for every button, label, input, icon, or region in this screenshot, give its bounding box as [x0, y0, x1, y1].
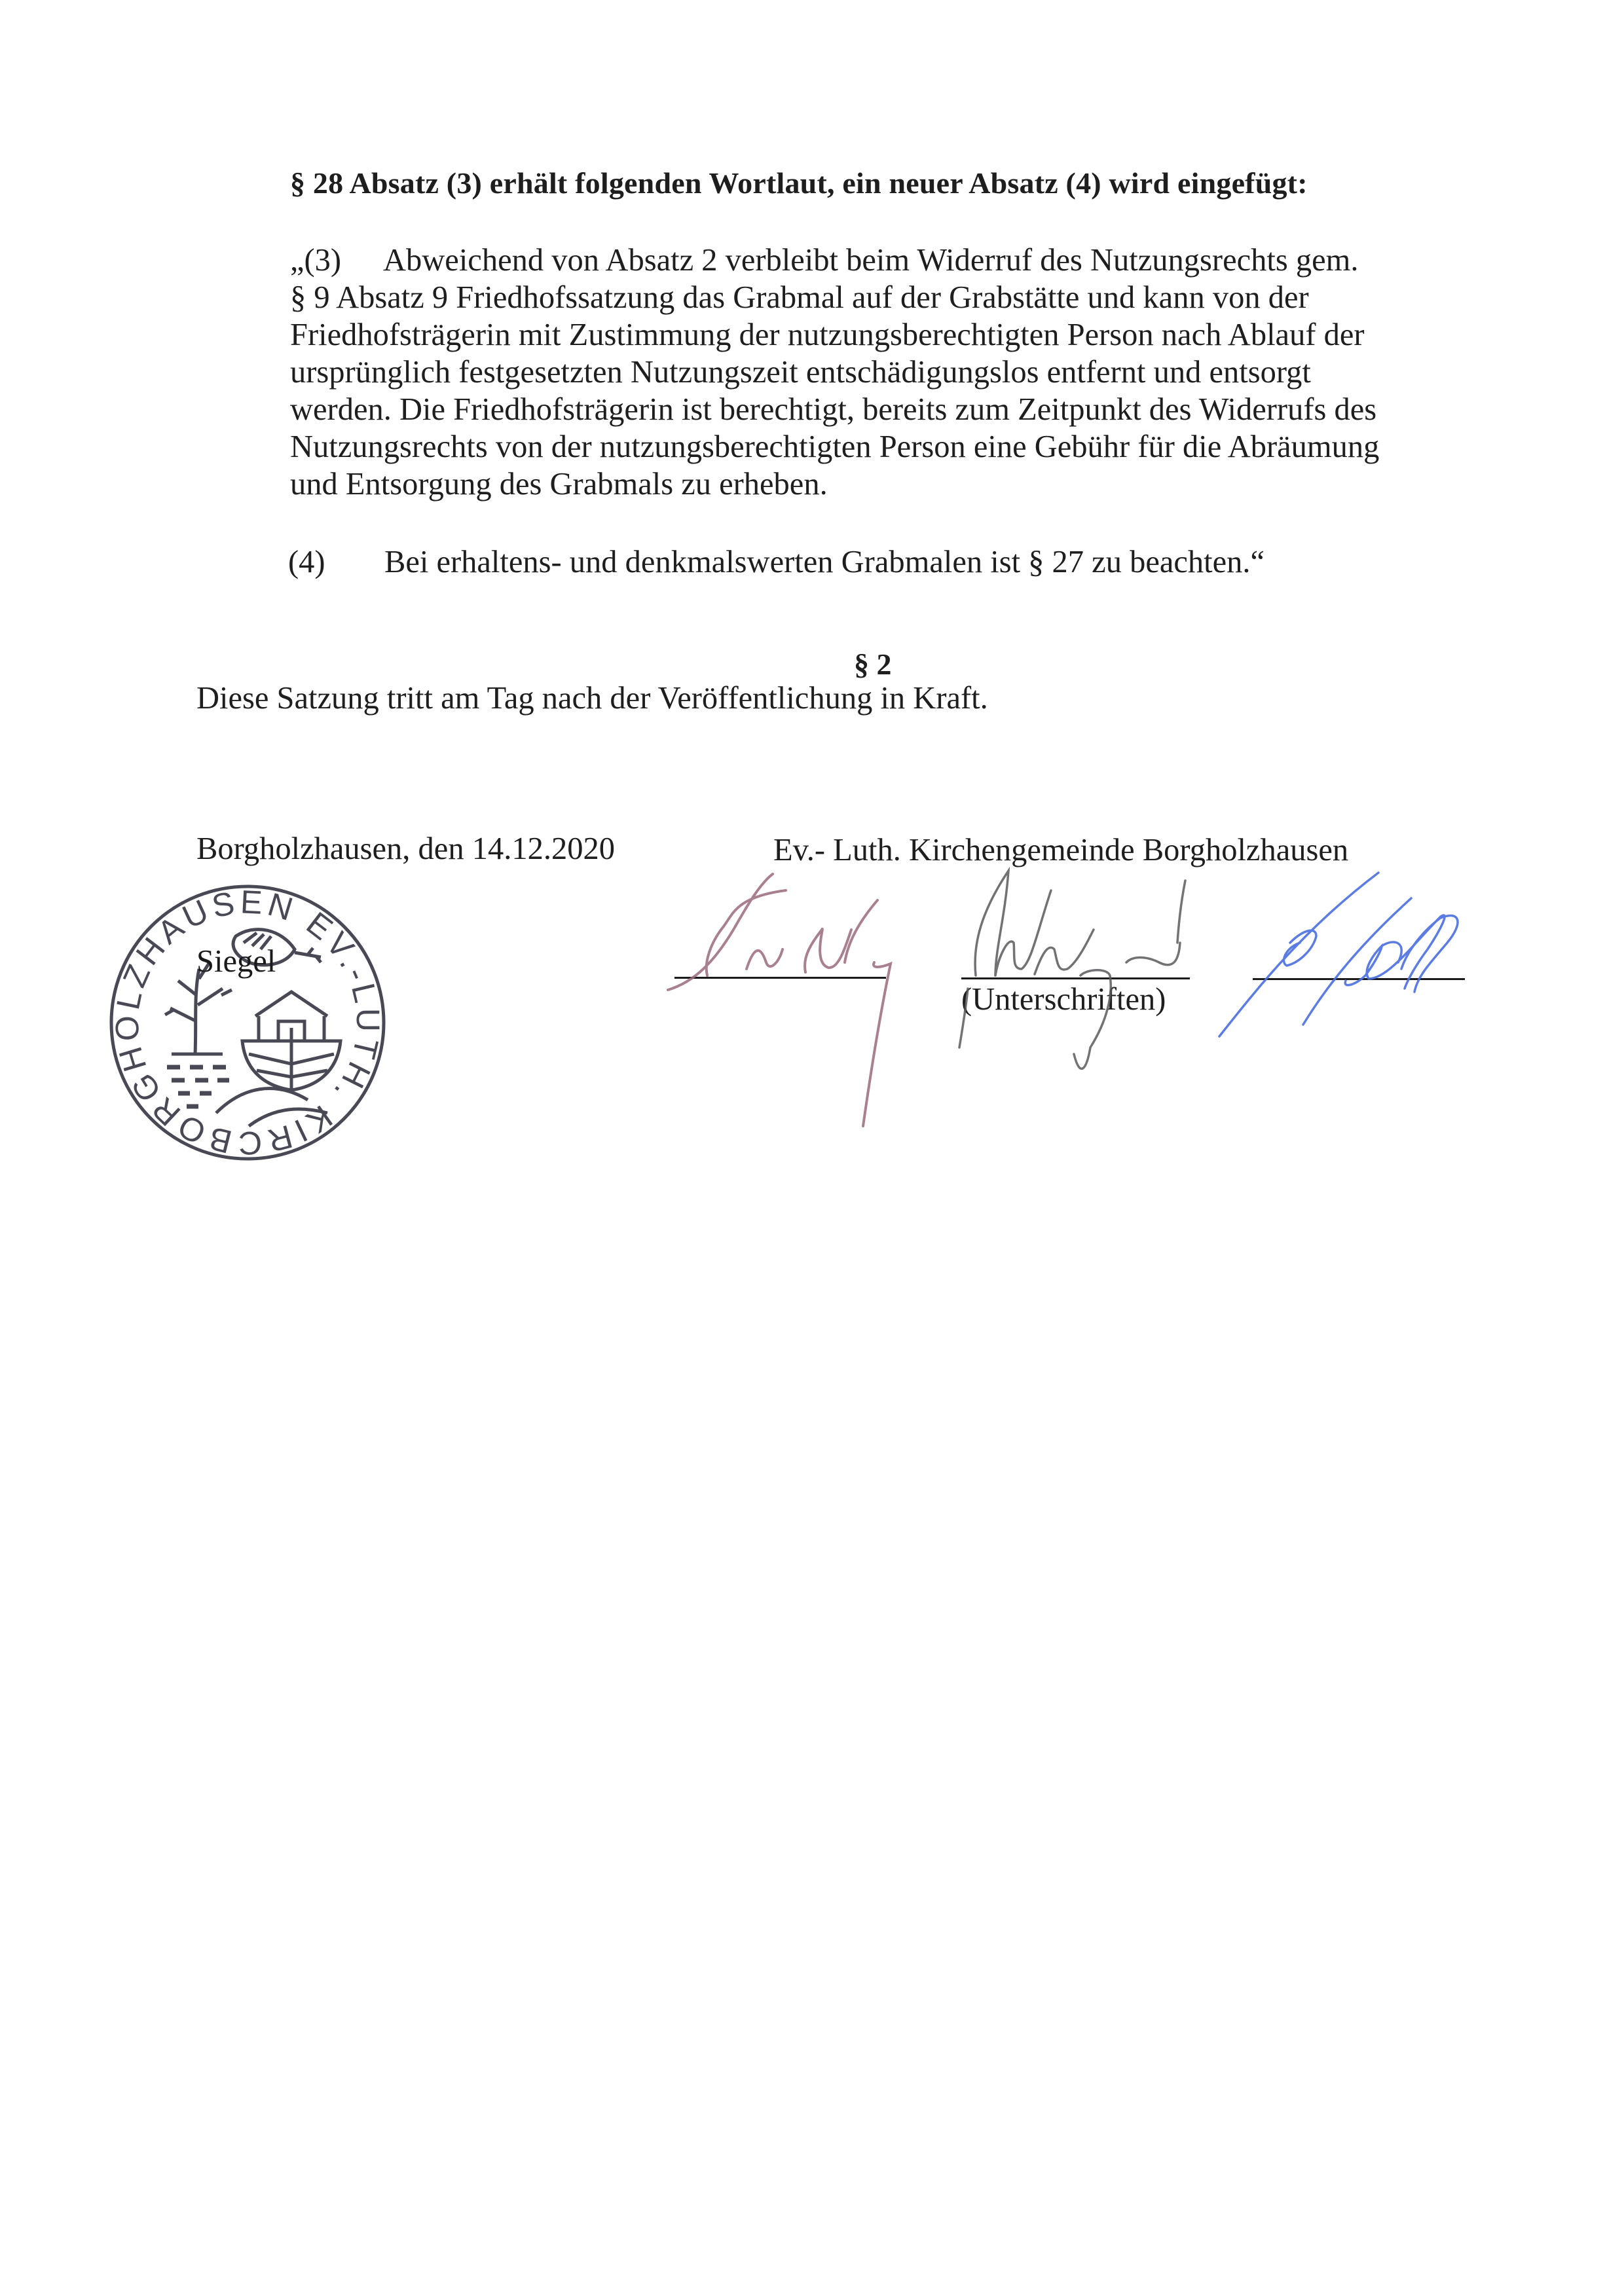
- signature-1-icon: [668, 874, 891, 1126]
- signature-2-icon: [959, 871, 1185, 1068]
- signatures: [0, 0, 1624, 2296]
- signature-3-icon: [1219, 873, 1458, 1036]
